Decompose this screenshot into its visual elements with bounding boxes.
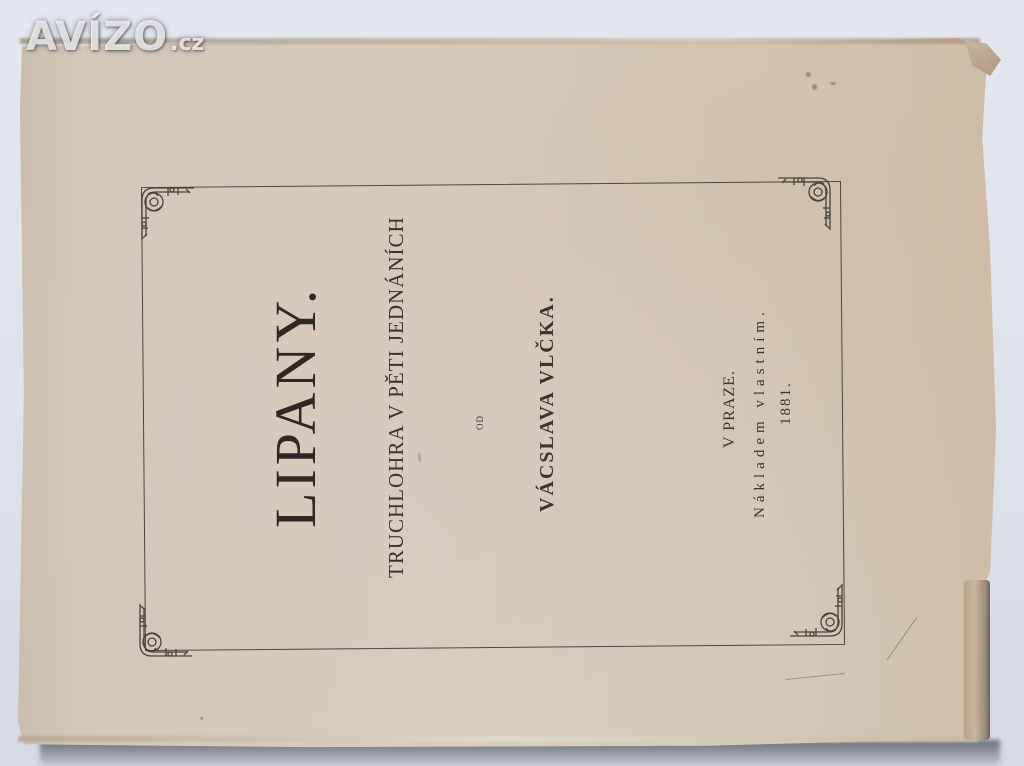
photo-scene: LIPANY. TRUCHLOHRA V PĚTI JEDNÁNÍCH OD V… [0, 0, 1024, 766]
cover-bottom-edge [18, 736, 978, 742]
decorative-frame [141, 181, 845, 651]
book-subtitle: TRUCHLOHRA V PĚTI JEDNÁNÍCH [384, 216, 409, 578]
publication-year: 1881. [778, 381, 795, 425]
stain-spot [806, 72, 811, 77]
publication-place: V PRAZE. [721, 370, 739, 448]
corner-ornament-icon [788, 578, 856, 646]
corner-ornament-icon [128, 178, 196, 246]
watermark-brand: AVÍZO [26, 14, 168, 60]
stain-spot [830, 82, 836, 85]
watermark-tld: .cz [170, 31, 204, 56]
by-label: OD [475, 415, 485, 430]
avizo-watermark: AVÍZO .cz [26, 14, 204, 60]
stain-spot [200, 717, 203, 720]
corner-ornament-icon [126, 598, 194, 666]
stain-spot [812, 84, 817, 90]
book-title: LIPANY. [262, 286, 329, 528]
book-author: VÁCSLAVA VLČKA. [536, 295, 559, 512]
publisher-note: Nákladem vlastním. [752, 307, 769, 518]
torn-spine-fold [964, 580, 990, 740]
corner-ornament-icon [776, 168, 844, 236]
